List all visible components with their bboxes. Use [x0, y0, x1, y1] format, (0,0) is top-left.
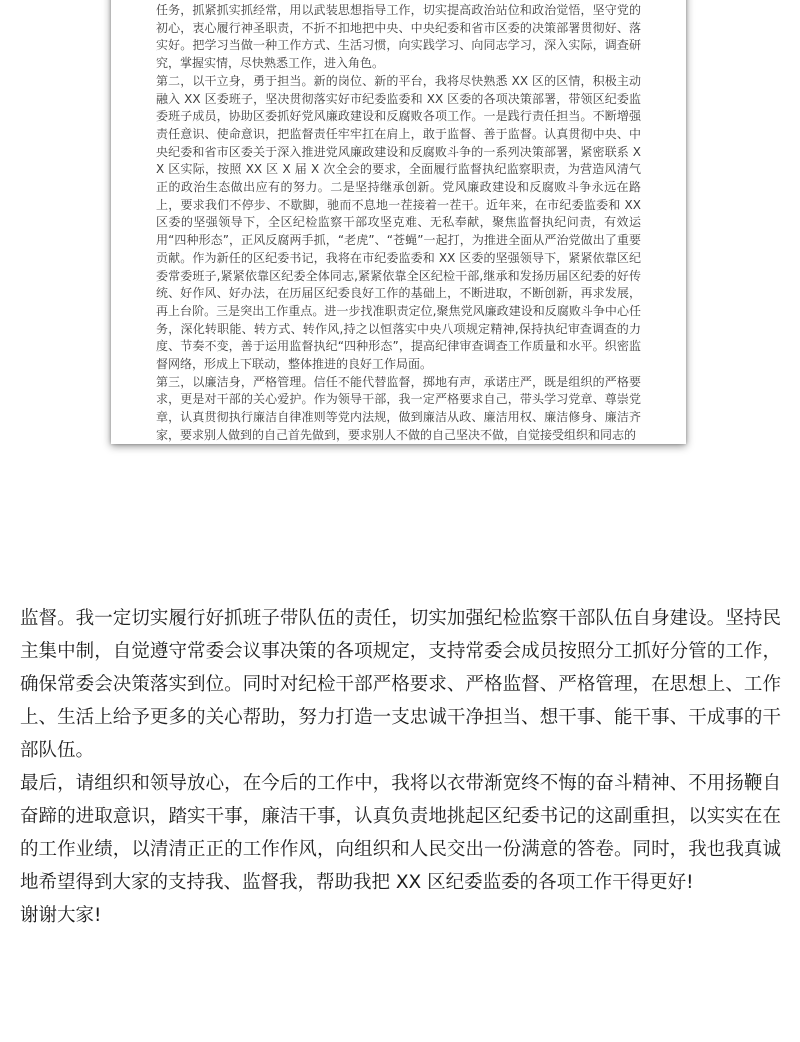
document-body-text: 监督。我一定切实履行好抓班子带队伍的责任，切实加强纪检监察干部队伍自身建设。坚持… — [20, 602, 781, 932]
page-paragraph-1: 任务，抓紧抓实抓经常，用以武装思想指导工作，切实提高政治站位和政治觉悟，坚守党的… — [156, 2, 641, 73]
body-paragraph-1: 监督。我一定切实履行好抓班子带队伍的责任，切实加强纪检监察干部队伍自身建设。坚持… — [20, 602, 781, 767]
document-page-preview: 任务，抓紧抓实抓经常，用以武装思想指导工作，切实提高政治站位和政治觉悟，坚守党的… — [111, 0, 686, 444]
page-paragraph-3: 第三，以廉洁身，严格管理。信任不能代替监督，掷地有声，承诺庄严，既是组织的严格要… — [156, 374, 641, 444]
page-paragraph-2: 第二，以干立身，勇于担当。新的岗位、新的平台，我将尽快熟悉 XX 区的区情，积极… — [156, 73, 641, 374]
body-paragraph-3: 谢谢大家! — [20, 899, 781, 932]
body-paragraph-2: 最后，请组织和领导放心，在今后的工作中，我将以衣带渐宽终不悔的奋斗精神、不用扬鞭… — [20, 767, 781, 899]
